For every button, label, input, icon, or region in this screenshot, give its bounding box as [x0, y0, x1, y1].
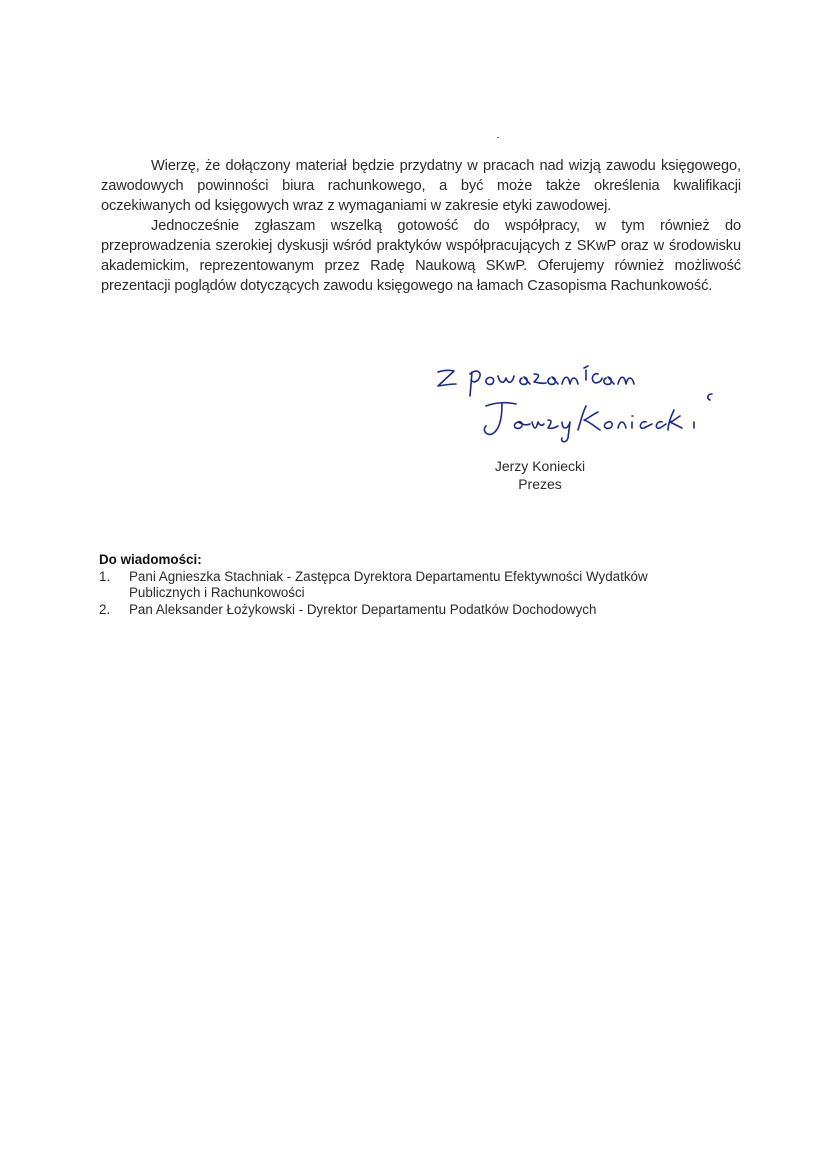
- handwritten-signature-block: [430, 350, 750, 450]
- signer-block: Jerzy Koniecki Prezes: [470, 457, 610, 493]
- signer-title: Prezes: [470, 475, 610, 493]
- cc-list: 1. Pani Agnieszka Stachniak - Zastępca D…: [99, 569, 719, 618]
- cc-section: Do wiadomości: 1. Pani Agnieszka Stachni…: [99, 552, 719, 619]
- cc-item-number: 1.: [99, 569, 110, 585]
- signature-icon: [430, 350, 750, 450]
- signer-name: Jerzy Koniecki: [470, 457, 610, 475]
- cc-item-text: Pan Aleksander Łożykowski - Dyrektor Dep…: [129, 602, 596, 617]
- scan-speck: [497, 137, 499, 138]
- cc-item-text: Pani Agnieszka Stachniak - Zastępca Dyre…: [129, 569, 648, 600]
- cc-item-number: 2.: [99, 602, 110, 618]
- cc-list-item: 1. Pani Agnieszka Stachniak - Zastępca D…: [99, 569, 719, 601]
- paragraph-1: Wierzę, że dołączony materiał będzie prz…: [101, 156, 741, 216]
- letter-body: Wierzę, że dołączony materiał będzie prz…: [101, 156, 741, 296]
- paragraph-2: Jednocześnie zgłaszam wszelką gotowość d…: [101, 216, 741, 296]
- cc-list-item: 2. Pan Aleksander Łożykowski - Dyrektor …: [99, 602, 719, 618]
- cc-title: Do wiadomości:: [99, 552, 719, 568]
